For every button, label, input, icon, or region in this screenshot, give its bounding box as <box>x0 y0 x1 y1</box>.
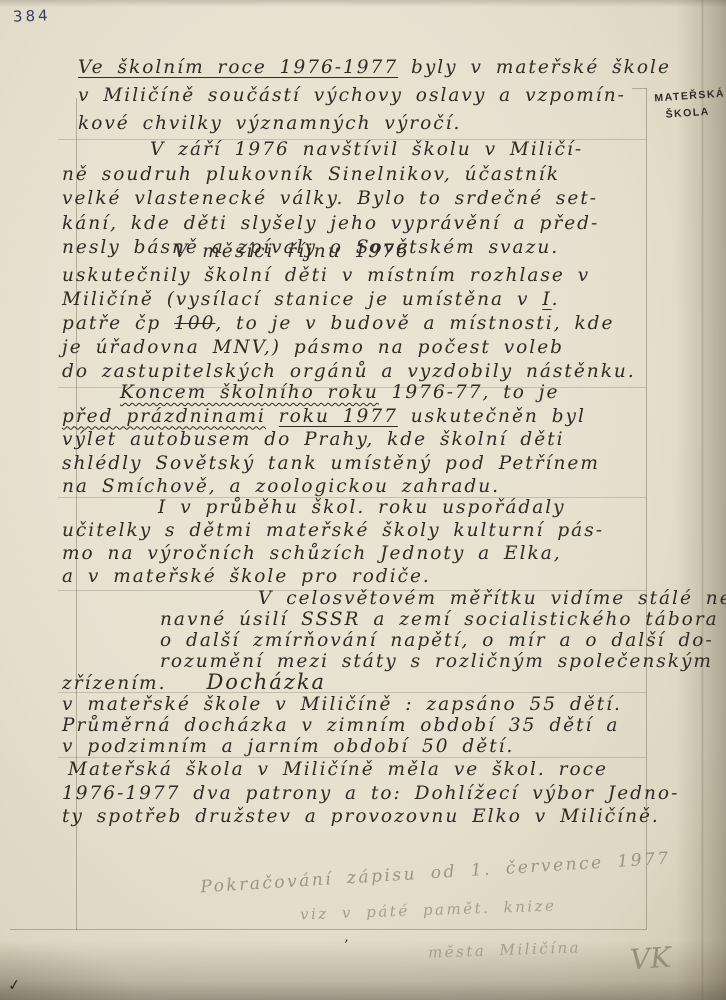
chronicle-page-scan: 384 MATEŘSKÁ ŠKOLA Ve školním roce 1976-… <box>0 0 726 1000</box>
handwriting-line: velké vlastenecké války. Bylo to srdečné… <box>62 187 648 212</box>
handwriting-line: navné úsilí SSSR a zemí socialistického … <box>160 609 648 630</box>
handwriting-lines: výlet autobusem do Prahy, kde školní dět… <box>62 428 648 499</box>
pencil-signature-initials: VK <box>629 941 672 977</box>
handwriting-line: na Smíchově, a zoologickou zahradu. <box>62 475 648 499</box>
handwriting-line: kové chvilky významných výročí. <box>78 110 664 138</box>
handwriting-line: V celosvětovém měřítku vidíme stálé neú- <box>160 588 648 609</box>
handwriting-line: Ve školním roce 1976-1977 byly v mateřsk… <box>78 54 664 82</box>
handwriting-lines: v Miličíně součástí výchovy oslavy a vzp… <box>78 82 664 138</box>
paragraph-intro: Ve školním roce 1976-1977 byly v mateřsk… <box>78 54 664 138</box>
handwriting-line: ty spotřeb družstev a provozovnu Elko v … <box>62 805 648 829</box>
handwriting-lines: je úřadovna MNV,) pásmo na počest volebd… <box>62 336 648 384</box>
underlined-text: roku 1977 <box>279 406 398 427</box>
handwriting-line: učitelky s dětmi mateřské školy kulturní… <box>62 519 648 542</box>
handwriting-line: kání, kde děti slyšely jeho vyprávění a … <box>62 212 648 237</box>
handwriting-line: zřízením.Docházka <box>62 672 648 694</box>
handwriting-line: rozumění mezi státy s rozličným společen… <box>160 651 648 672</box>
pencil-note-continuation: Pokračování zápisu od 1. července 1977 <box>200 849 671 898</box>
handwriting-line: Mateřská škola v Miličíně měla ve škol. … <box>62 758 648 782</box>
wavy-underlined-text: před prázdninami <box>62 406 266 427</box>
handwriting-line: a v mateřské škole pro rodiče. <box>62 565 648 588</box>
paragraph-cultural-program: I v průběhu škol. roku uspořádalyučitelk… <box>62 496 648 588</box>
paragraph-patrons: Mateřská škola v Miličíně měla ve škol. … <box>62 758 648 829</box>
paragraph-world-peace: V celosvětovém měřítku vidíme stálé neú-… <box>62 588 648 694</box>
margin-note-materska-skola: MATEŘSKÁ ŠKOLA <box>654 86 726 125</box>
handwriting-line: v podzimním a jarním období 50 dětí. <box>62 736 648 757</box>
handwriting-line: shlédly Sovětský tank umístěný pod Petří… <box>62 452 648 476</box>
handwriting-line: V měsíci říjnu 1976 <box>62 240 648 264</box>
stray-ink-mark: ’ <box>344 938 348 954</box>
checkmark-mark: ✓ <box>7 975 22 995</box>
handwriting-line: výlet autobusem do Prahy, kde školní dět… <box>62 428 648 452</box>
handwriting-line: v Miličíně součástí výchovy oslavy a vzp… <box>78 82 664 110</box>
handwriting-line: mo na výročních schůzích Jednoty a Elka, <box>62 542 648 565</box>
wavy-underlined-text: Koncem školního roku <box>120 382 379 403</box>
handwriting-line: v mateřské škole v Miličíně : zapsáno 55… <box>62 694 648 715</box>
underlined-text: Ve školním roce 1976-1977 <box>78 57 398 78</box>
section-label-dochazka: Docházka <box>206 670 326 694</box>
handwriting-line: je úřadovna MNV,) pásmo na počest voleb <box>62 336 648 360</box>
page-edge-crease <box>701 0 704 1000</box>
handwriting-line: Průměrná docházka v zimním období 35 dět… <box>62 715 648 736</box>
paragraph-radio-broadcast: V měsíci říjnu 1976 uskutečnily školní d… <box>62 240 648 384</box>
handwriting-line: Miličíně (vysílací stanice je umístěna v… <box>62 288 648 312</box>
handwriting-line: ně soudruh plukovník Sinelnikov, účastní… <box>62 163 648 188</box>
margin-note-line: ŠKOLA <box>665 103 726 124</box>
handwriting-line: V září 1976 navštívil školu v Miličí- <box>62 138 648 163</box>
pencil-note-see-book: viz v páté pamět. knize <box>300 897 557 924</box>
page-number: 384 <box>13 6 51 25</box>
handwriting-line: uskutečnily školní děti v místním rozhla… <box>62 264 648 288</box>
handwriting-line: I v průběhu škol. roku uspořádaly <box>62 496 648 519</box>
frame-rule-bottom <box>10 929 646 930</box>
paragraph-attendance: v mateřské škole v Miličíně : zapsáno 55… <box>62 694 648 757</box>
handwriting-line: Koncem školního roku 1976-77, to je <box>62 381 648 405</box>
pencil-note-town: města Miličína <box>428 938 582 961</box>
handwriting-line: patře čp 100, to je v budově a místnosti… <box>62 312 648 336</box>
handwriting-line: před prázdninami roku 1977 uskutečněn by… <box>62 405 648 429</box>
handwriting-lines: V celosvětovém měřítku vidíme stálé neú-… <box>62 588 648 672</box>
handwriting-line: 1976-1977 dva patrony a to: Dohlížecí vý… <box>62 782 648 806</box>
underlined-text: I <box>542 289 551 310</box>
struck-text: 100 <box>174 313 215 334</box>
paragraph-prague-trip: Koncem školního roku 1976-77, to je před… <box>62 381 648 499</box>
handwriting-line: o další zmírňování napětí, o mír a o dal… <box>160 630 648 651</box>
